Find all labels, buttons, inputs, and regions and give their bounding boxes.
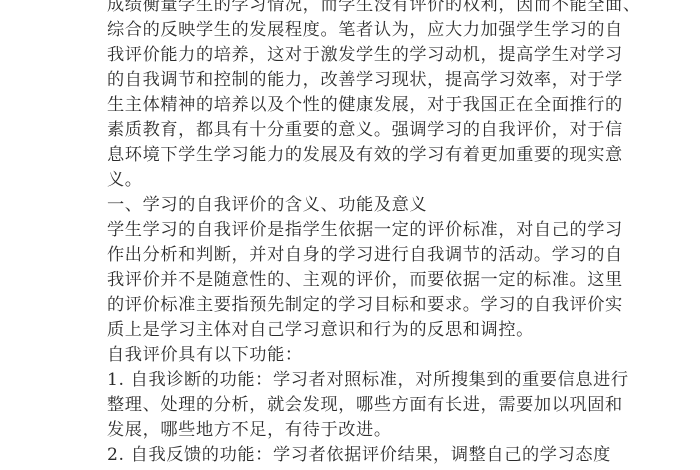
text-line-3: 我评价能力的培养，这对于激发学生的学习动机，提高学生对学习 <box>107 43 593 68</box>
text-line-4: 的自我调节和控制的能力，改善学习现状，提高学习效率，对于学 <box>107 68 593 93</box>
document-page: 成绩衡量学生的学习情况，而学生没有评价的权利，因而不能全面、 综合的反映学生的发… <box>107 0 593 468</box>
functions-intro: 自我评价具有以下功能： <box>107 343 593 368</box>
list-item-2-line-1: 2. 自我反馈的功能：学习者依据评价结果，调整自己的学习态度 <box>107 443 593 468</box>
text-line-6: 素质教育，都具有十分重要的意义。强调学习的自我评价，对于信 <box>107 118 593 143</box>
text-line-10: 学生学习的自我评价是指学生依据一定的评价标准，对自己的学习 <box>107 218 593 243</box>
text-line-14: 质上是学习主体对自己学习意识和行为的反思和调控。 <box>107 318 593 343</box>
list-item-1-line-3: 发展，哪些地方不足，有待于改进。 <box>107 418 593 443</box>
text-line-5: 生主体精神的培养以及个性的健康发展，对于我国正在全面推行的 <box>107 93 593 118</box>
list-item-1-line-2: 整理、处理的分析，就会发现，哪些方面有长进，需要加以巩固和 <box>107 393 593 418</box>
text-line-2: 综合的反映学生的发展程度。笔者认为，应大力加强学生学习的自 <box>107 18 593 43</box>
text-line-13: 的评价标准主要指预先制定的学习目标和要求。学习的自我评价实 <box>107 293 593 318</box>
text-line-7: 息环境下学生学习能力的发展及有效的学习有着更加重要的现实意 <box>107 143 593 168</box>
text-line-12: 我评价并不是随意性的、主观的评价，而要依据一定的标准。这里 <box>107 268 593 293</box>
list-item-1-line-1: 1. 自我诊断的功能：学习者对照标准，对所搜集到的重要信息进行 <box>107 368 593 393</box>
text-line-11: 作出分析和判断，并对自身的学习进行自我调节的活动。学习的自 <box>107 243 593 268</box>
section-heading: 一、学习的自我评价的含义、功能及意义 <box>107 193 593 218</box>
text-line-1: 成绩衡量学生的学习情况，而学生没有评价的权利，因而不能全面、 <box>107 0 593 18</box>
text-line-8: 义。 <box>107 168 593 193</box>
